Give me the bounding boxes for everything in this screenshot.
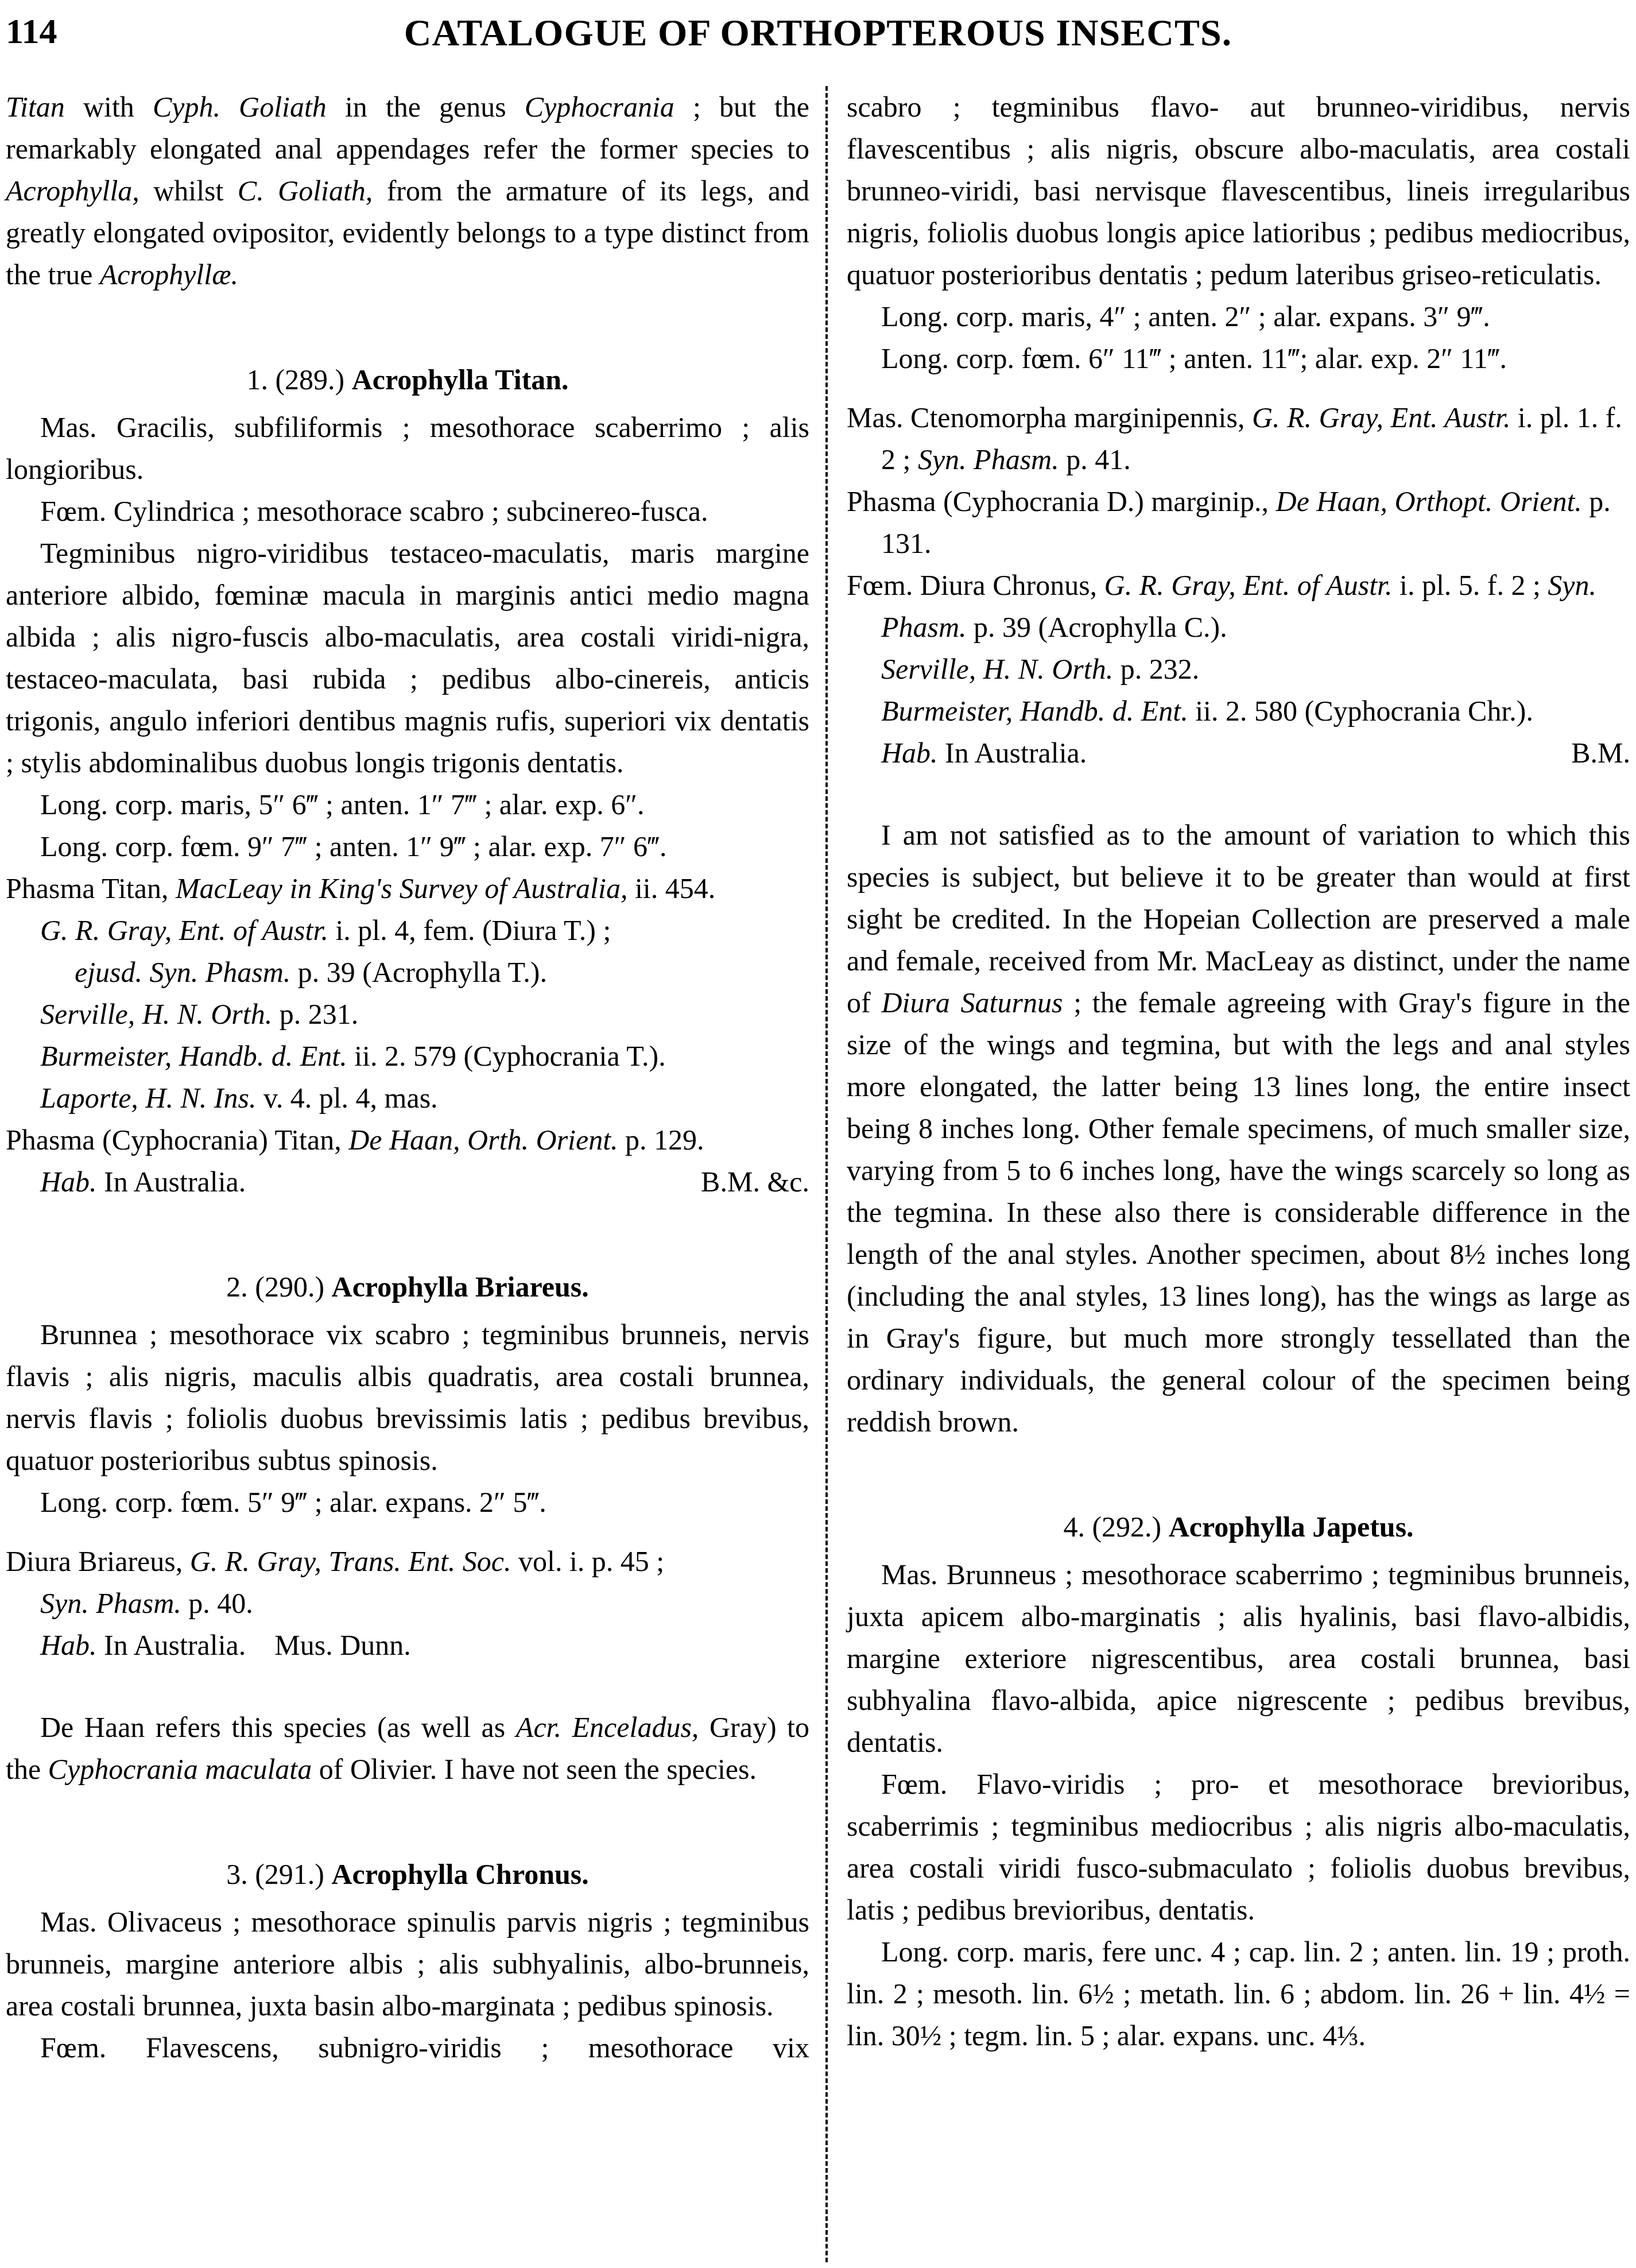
- habitat: In Australia.: [104, 1166, 246, 1198]
- species-heading: 3. (291.) Acrophylla Chronus.: [6, 1853, 809, 1895]
- species-description: Brunnea ; mesothorace vix scabro ; tegmi…: [6, 1314, 809, 1481]
- species-number: 2. (290.): [226, 1271, 324, 1303]
- foem-description: Fœm. Cylindrica ; mesothorace scabro ; s…: [6, 490, 809, 532]
- foem-description-continued: scabro ; tegminibus flavo- aut brunneo-v…: [847, 86, 1630, 296]
- synonymy-reference: Serville, H. N. Orth. p. 232.: [847, 648, 1630, 690]
- synonymy-reference: Phasma (Cyphocrania D.) marginip., De Ha…: [847, 481, 1630, 564]
- habitat: In Australia.: [945, 737, 1087, 769]
- synonymy-list: Phasma Titan, MacLeay in King's Survey o…: [6, 868, 809, 1161]
- page-header: 114 CATALOGUE OF ORTHOPTEROUS INSECTS.: [0, 11, 1636, 63]
- synonymy-reference: Burmeister, Handb. d. Ent. ii. 2. 580 (C…: [847, 690, 1630, 732]
- species-number: 4. (292.): [1063, 1511, 1161, 1543]
- collection: B.M. &c.: [701, 1161, 809, 1203]
- intro-paragraph: Titan with Cyph. Goliath in the genus Cy…: [6, 86, 809, 296]
- measurement-male: Long. corp. maris, 5″ 6‴ ; anten. 1″ 7‴ …: [6, 784, 809, 826]
- species-number: 1. (289.): [246, 363, 344, 396]
- measurement-male: Long. corp. maris, 4″ ; anten. 2″ ; alar…: [847, 296, 1630, 338]
- synonymy-reference: ejusd. Syn. Phasm. p. 39 (Acrophylla T.)…: [6, 951, 809, 993]
- foem-description: Fœm. Flavo-viridis ; pro- et mesothorace…: [847, 1763, 1630, 1931]
- synonymy-reference: Phasma (Cyphocrania) Titan, De Haan, Ort…: [6, 1119, 809, 1161]
- species-name: Acrophylla Titan.: [352, 363, 569, 396]
- measurement-female: Long. corp. fœm. 6″ 11‴ ; anten. 11‴; al…: [847, 338, 1630, 380]
- synonymy-reference: Serville, H. N. Orth. p. 231.: [6, 993, 809, 1035]
- species-heading: 1. (289.) Acrophylla Titan.: [6, 359, 809, 401]
- measurements: Long. corp. maris, fere unc. 4 ; cap. li…: [847, 1931, 1630, 2057]
- measurement-female: Long. corp. fœm. 5″ 9‴ ; alar. expans. 2…: [6, 1481, 809, 1523]
- species-number: 3. (291.): [226, 1858, 324, 1890]
- synonymy-list: Mas. Ctenomorpha marginipennis, G. R. Gr…: [847, 397, 1630, 732]
- mas-description: Mas. Gracilis, subfiliformis ; mesothora…: [6, 407, 809, 490]
- measurement-female: Long. corp. fœm. 9″ 7‴ ; anten. 1″ 9‴ ; …: [6, 826, 809, 868]
- collection: Mus. Dunn.: [274, 1624, 411, 1666]
- species-name: Acrophylla Briareus.: [332, 1271, 589, 1303]
- hab-label: Hab.: [40, 1629, 97, 1661]
- species-name: Acrophylla Chronus.: [332, 1858, 589, 1890]
- synonymy-reference: G. R. Gray, Ent. of Austr. i. pl. 4, fem…: [6, 909, 809, 951]
- column-divider: [825, 86, 828, 2262]
- habitat-line: Hab. In Australia. B.M. &c.: [6, 1161, 809, 1203]
- hab-label: Hab.: [881, 737, 938, 769]
- synonymy-reference: Fœm. Diura Chronus, G. R. Gray, Ent. of …: [847, 564, 1630, 648]
- remark-paragraph: De Haan refers this species (as well as …: [6, 1706, 809, 1790]
- synonymy-reference: Syn. Phasm. p. 40.: [6, 1582, 809, 1624]
- foem-description: Fœm. Flavescens, subnigro-viridis ; meso…: [6, 2027, 809, 2069]
- mas-description: Mas. Olivaceus ; mesothorace spinulis pa…: [6, 1901, 809, 2027]
- habitat: In Australia.: [104, 1629, 246, 1661]
- species-heading: 4. (292.) Acrophylla Japetus.: [847, 1506, 1630, 1548]
- synonymy-reference: Diura Briareus, G. R. Gray, Trans. Ent. …: [6, 1541, 809, 1582]
- right-column: scabro ; tegminibus flavo- aut brunneo-v…: [847, 86, 1630, 2057]
- synonymy-reference: Laporte, H. N. Ins. v. 4. pl. 4, mas.: [6, 1077, 809, 1119]
- species-description: Tegminibus nigro-viridibus testaceo-macu…: [6, 532, 809, 784]
- hab-label: Hab.: [40, 1166, 97, 1198]
- habitat-line: Hab. In Australia. Mus. Dunn.: [6, 1624, 809, 1666]
- habitat-line: Hab. In Australia. B.M.: [847, 732, 1630, 774]
- synonymy-reference: Mas. Ctenomorpha marginipennis, G. R. Gr…: [847, 397, 1630, 481]
- synonymy-reference: Phasma Titan, MacLeay in King's Survey o…: [6, 868, 809, 909]
- species-name: Acrophylla Japetus.: [1169, 1511, 1414, 1543]
- collection: B.M.: [1571, 732, 1630, 774]
- synonymy-list: Diura Briareus, G. R. Gray, Trans. Ent. …: [6, 1541, 809, 1624]
- mas-description: Mas. Brunneus ; mesothorace scaberrimo ;…: [847, 1554, 1630, 1763]
- left-column: Titan with Cyph. Goliath in the genus Cy…: [6, 86, 809, 2069]
- running-title: CATALOGUE OF ORTHOPTEROUS INSECTS.: [0, 11, 1636, 55]
- species-heading: 2. (290.) Acrophylla Briareus.: [6, 1266, 809, 1308]
- synonymy-reference: Burmeister, Handb. d. Ent. ii. 2. 579 (C…: [6, 1035, 809, 1077]
- remark-paragraph: I am not satisfied as to the amount of v…: [847, 814, 1630, 1443]
